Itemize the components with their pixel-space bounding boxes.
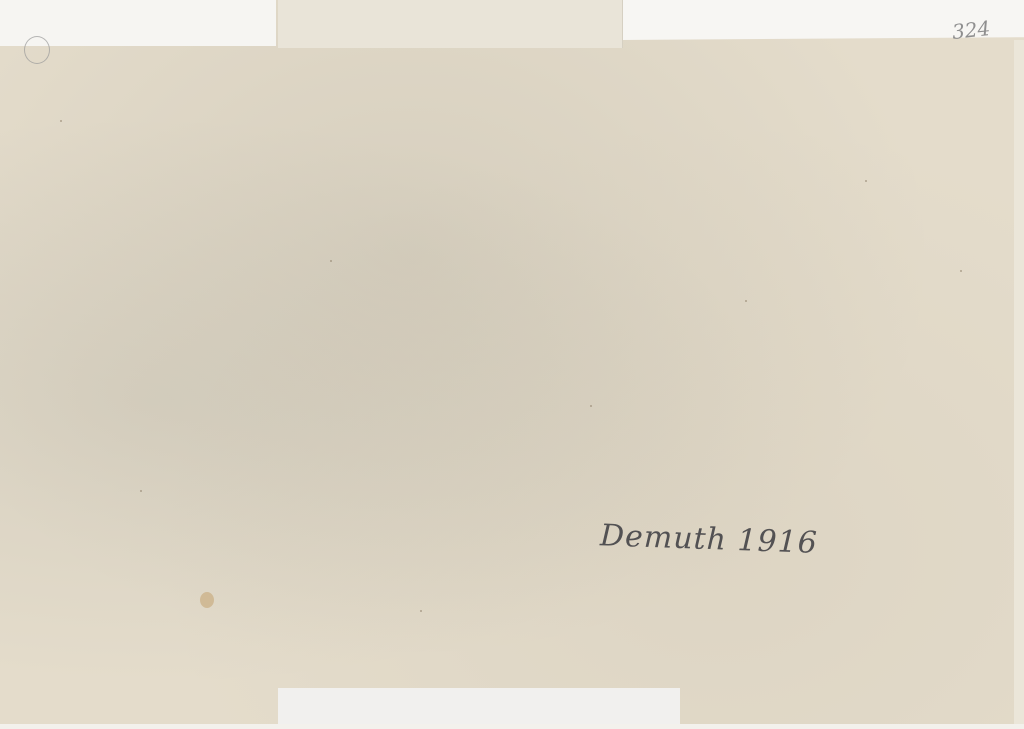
hinge-tape-top <box>278 0 623 48</box>
fiber-speck <box>140 490 142 492</box>
fiber-speck <box>865 180 867 182</box>
fiber-speck <box>960 270 962 272</box>
fiber-speck <box>420 610 422 612</box>
paper-edge-bottom <box>0 724 1024 729</box>
pencil-number: 324 <box>951 16 991 44</box>
foxing-stain <box>200 592 214 608</box>
circled-pencil-mark <box>24 36 50 64</box>
fiber-speck <box>590 405 592 407</box>
hinge-tape-bottom <box>278 688 680 729</box>
paper-edge-right <box>1014 40 1024 729</box>
fiber-speck <box>330 260 332 262</box>
fiber-speck <box>745 300 747 302</box>
fiber-speck <box>60 120 62 122</box>
paper-sheet <box>0 0 1024 729</box>
